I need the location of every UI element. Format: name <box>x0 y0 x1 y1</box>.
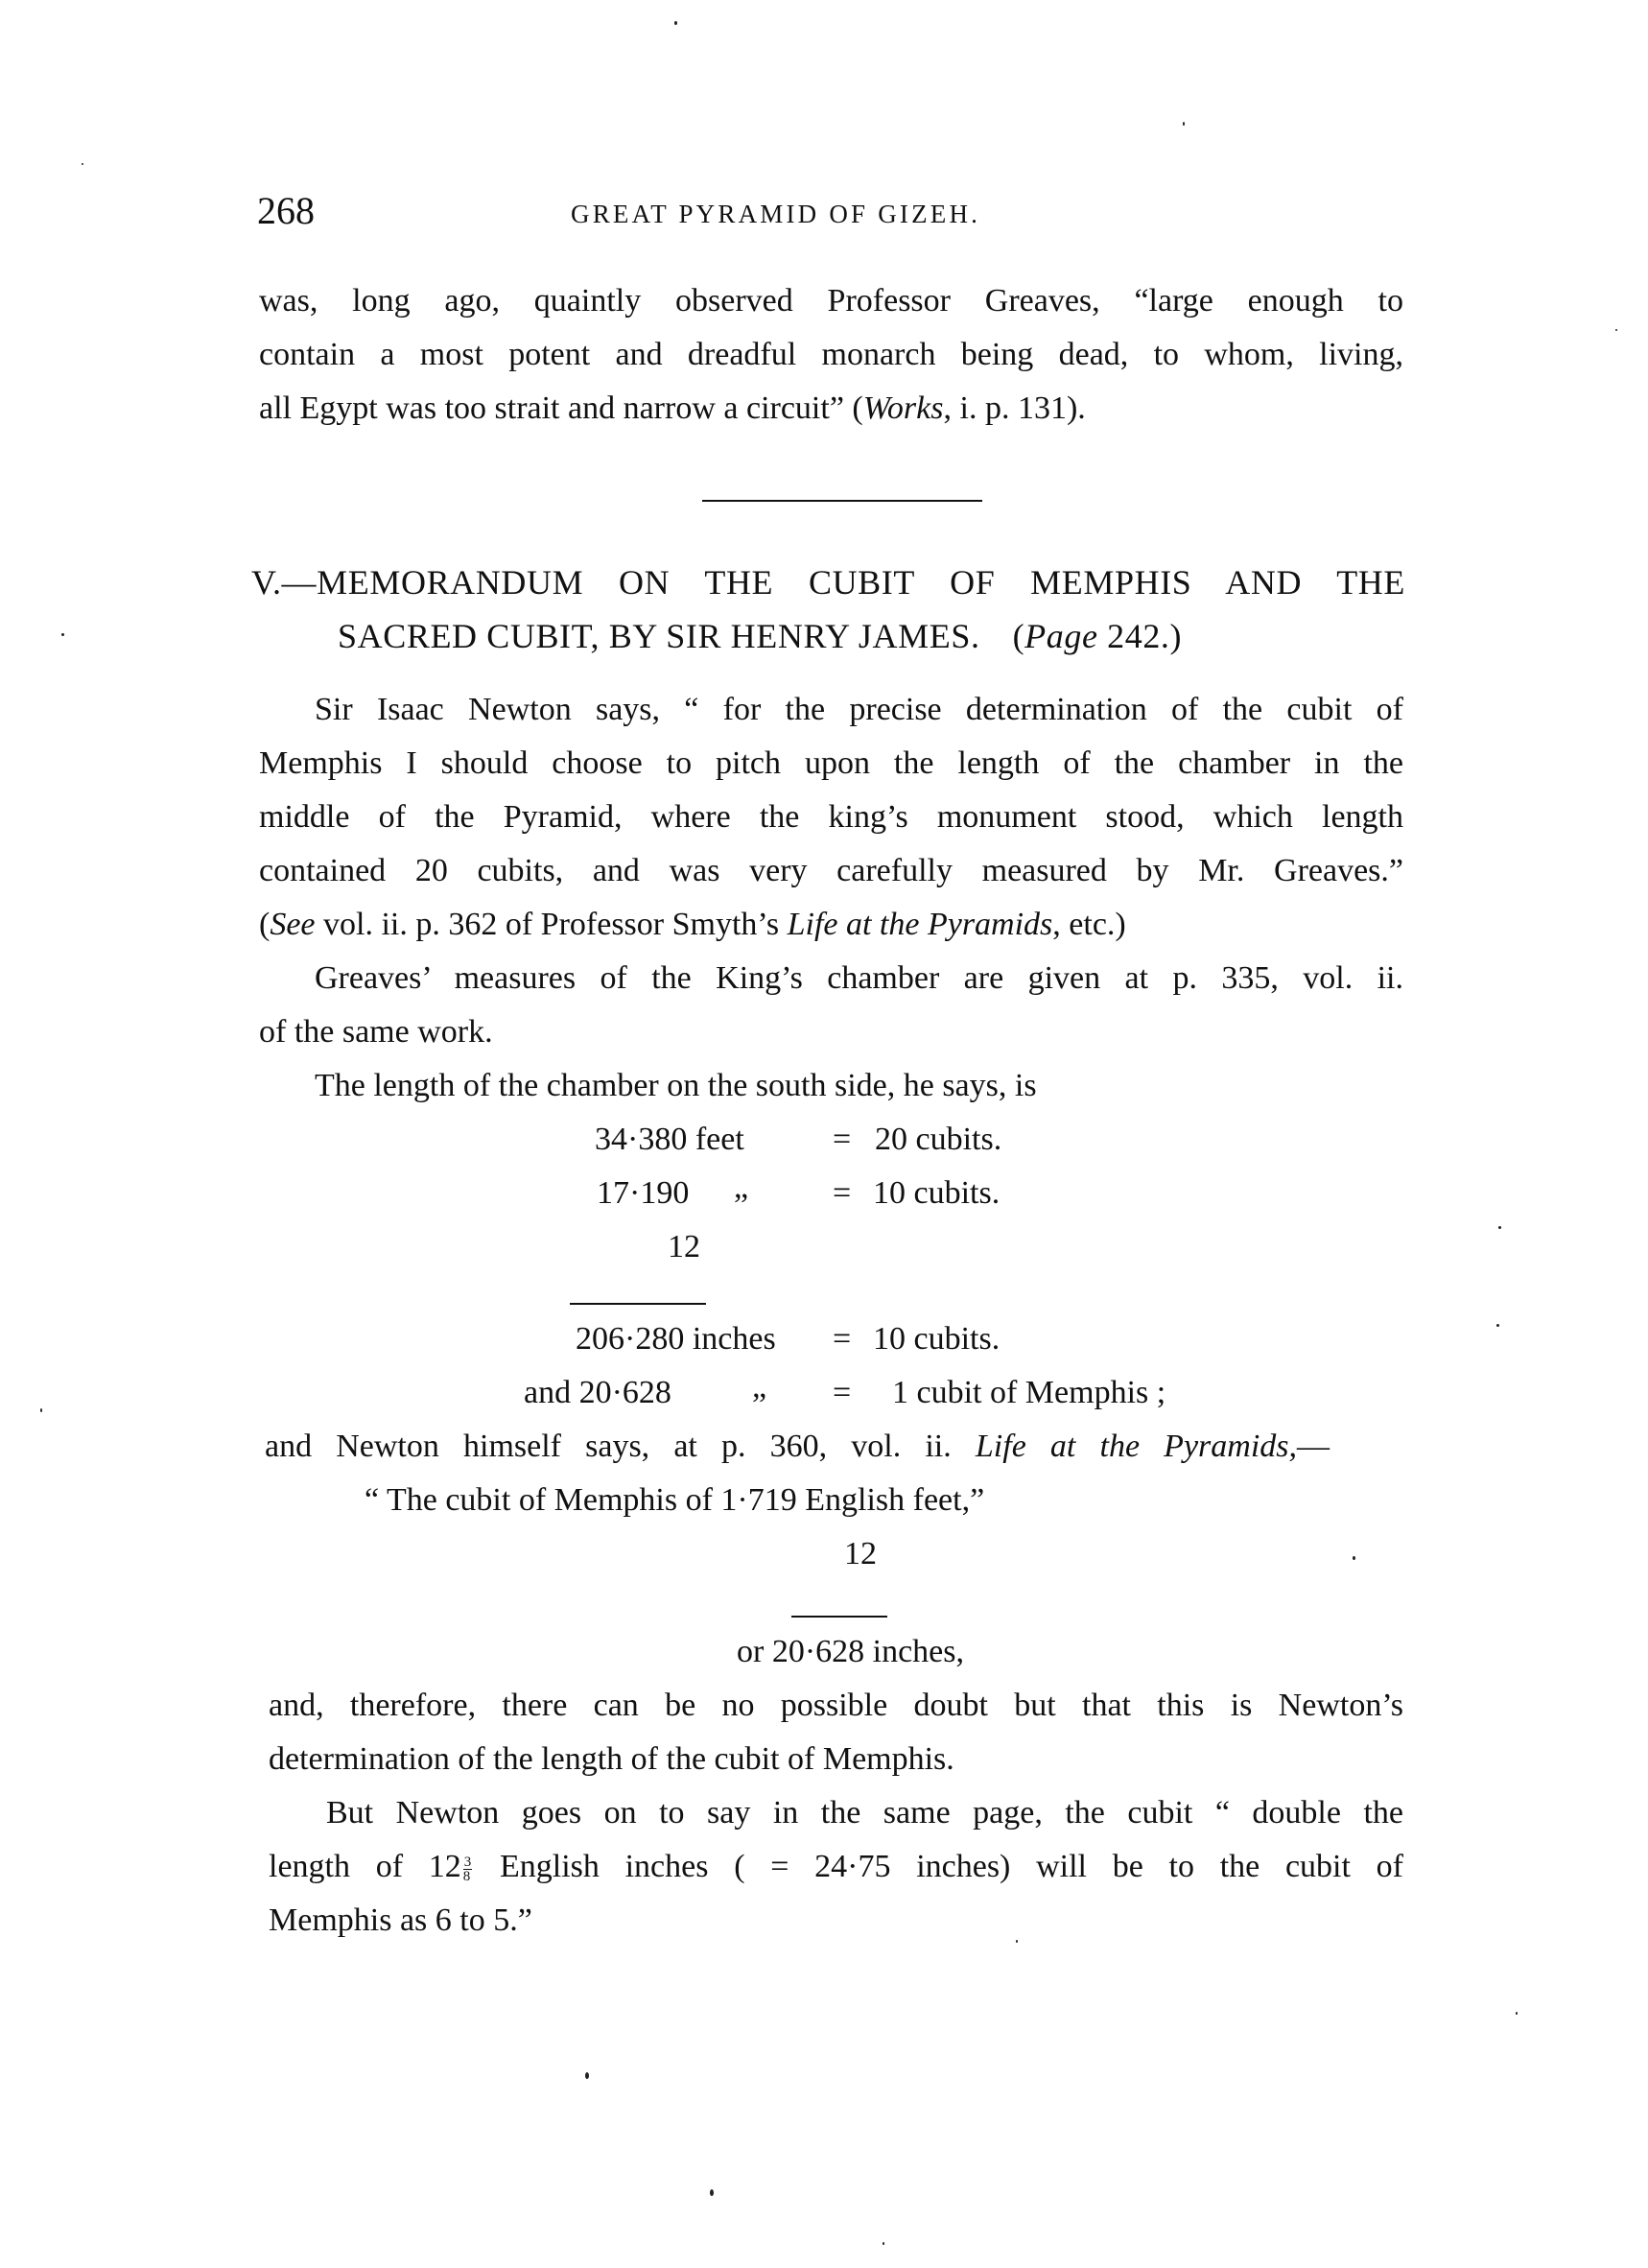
calc-result-2-right: 1 cubit of Memphis ; <box>892 1374 1165 1412</box>
body-line: and, therefore, there can be no possible… <box>269 1687 1403 1725</box>
scan-speck <box>1016 1940 1018 1943</box>
scan-speck <box>674 21 677 25</box>
scan-speck <box>1615 329 1617 331</box>
page-ref-number: 242.) <box>1098 617 1183 655</box>
fraction-numerator: 3 <box>463 1855 473 1870</box>
scan-speck <box>1353 1556 1355 1560</box>
calc-row-2-equals: = <box>833 1174 851 1213</box>
scan-speck <box>1183 122 1185 126</box>
scan-speck <box>61 633 64 636</box>
scan-speck <box>1496 1324 1499 1327</box>
see-label: See <box>270 907 315 942</box>
body-line: Sir Isaac Newton says, “ for the precise… <box>315 691 1403 729</box>
calc-row-2-left: 17·190 <box>597 1174 689 1213</box>
scan-speck <box>710 2189 714 2196</box>
reference-end: , etc.) <box>1052 907 1125 942</box>
reference-text: vol. ii. p. 362 of Professor Smyth’s <box>316 907 788 942</box>
section-heading-line-2: SACRED CUBIT, BY SIR HENRY JAMES.(Page 2… <box>338 615 1182 657</box>
body-line-citation: all Egypt was too strait and narrow a ci… <box>259 390 1086 428</box>
section-heading-line-1: V.—MEMORANDUM ON THE CUBIT OF MEMPHIS AN… <box>251 561 1405 603</box>
body-line: middle of the Pyramid, where the king’s … <box>259 798 1403 837</box>
body-line-reference: (See vol. ii. p. 362 of Professor Smyth’… <box>259 906 1126 944</box>
fraction-three-eighths: 38 <box>463 1855 473 1883</box>
body-line: Memphis as 6 to 5.” <box>269 1902 532 1940</box>
scan-speck <box>1498 1226 1501 1229</box>
book-title: Life at the Pyramids, <box>976 1429 1297 1464</box>
calc-row-2-right: 10 cubits. <box>873 1174 1000 1213</box>
paren: ( <box>259 907 270 942</box>
book-page: 268 GREAT PYRAMID OF GIZEH. was, long ag… <box>0 0 1648 2268</box>
body-text: length of 12 <box>269 1849 461 1884</box>
scan-speck <box>585 2072 589 2079</box>
quote-rule <box>791 1616 887 1618</box>
body-line: But Newton goes on to say in the same pa… <box>326 1794 1403 1832</box>
scan-speck <box>40 1408 42 1412</box>
body-line-newton-himself: and Newton himself says, at p. 360, vol.… <box>265 1428 1330 1466</box>
body-line: contain a most potent and dreadful monar… <box>259 336 1403 374</box>
calc-row-1-equals: = <box>833 1121 851 1159</box>
newton-quote: “ The cubit of Memphis of 1·719 English … <box>365 1481 984 1520</box>
calc-result-1-equals: = <box>833 1320 851 1358</box>
body-line: contained 20 cubits, and was very carefu… <box>259 852 1403 890</box>
body-line: Greaves’ measures of the King’s chamber … <box>315 959 1403 998</box>
calc-result-1-right: 10 cubits. <box>873 1320 1000 1358</box>
scan-speck <box>883 2242 884 2245</box>
quote-multiplier: 12 <box>844 1535 877 1573</box>
body-line-fraction: length of 1238 English inches ( = 24·75 … <box>269 1848 1403 1886</box>
page-ref-label: Page <box>1024 617 1097 655</box>
calc-result-2-ditto: „ <box>752 1368 766 1406</box>
fraction-denominator: 8 <box>463 1870 473 1883</box>
book-title: Life at the Pyramids <box>788 907 1053 942</box>
body-line: Memphis I should choose to pitch upon th… <box>259 744 1403 783</box>
paren: ( <box>1013 617 1025 655</box>
calc-row-2-ditto: „ <box>734 1169 748 1207</box>
section-separator-rule <box>702 500 982 502</box>
running-head-title: GREAT PYRAMID OF GIZEH. <box>571 197 980 231</box>
em-dash: — <box>1297 1429 1330 1464</box>
page-reference: (Page 242.) <box>1013 617 1183 655</box>
citation-rest: , i. p. 131). <box>944 390 1086 426</box>
body-line: of the same work. <box>259 1013 493 1051</box>
scan-speck <box>1516 2012 1518 2015</box>
calc-result-2-equals: = <box>833 1374 851 1412</box>
body-line: The length of the chamber on the south s… <box>315 1067 1037 1105</box>
calc-row-1-right: 20 cubits. <box>875 1121 1001 1159</box>
calc-multiplier: 12 <box>668 1228 700 1266</box>
calc-sum-rule <box>570 1303 706 1305</box>
page-number: 268 <box>257 188 315 234</box>
calc-result-1-left: 206·280 inches <box>576 1320 776 1358</box>
citation-title: Works <box>863 390 944 426</box>
body-text: and Newton himself says, at p. 360, vol.… <box>265 1429 976 1464</box>
calc-result-2-left: and 20·628 <box>524 1374 671 1412</box>
section-heading-text: SACRED CUBIT, BY SIR HENRY JAMES. <box>338 617 980 655</box>
body-text: all Egypt was too strait and narrow a ci… <box>259 390 863 426</box>
scan-speck <box>82 163 83 165</box>
body-line: determination of the length of the cubit… <box>269 1740 954 1779</box>
quote-result: or 20·628 inches, <box>737 1633 964 1671</box>
body-text: English inches ( = 24·75 inches) will be… <box>474 1849 1403 1884</box>
calc-row-1-left: 34·380 feet <box>595 1121 744 1159</box>
body-line: was, long ago, quaintly observed Profess… <box>259 282 1403 320</box>
